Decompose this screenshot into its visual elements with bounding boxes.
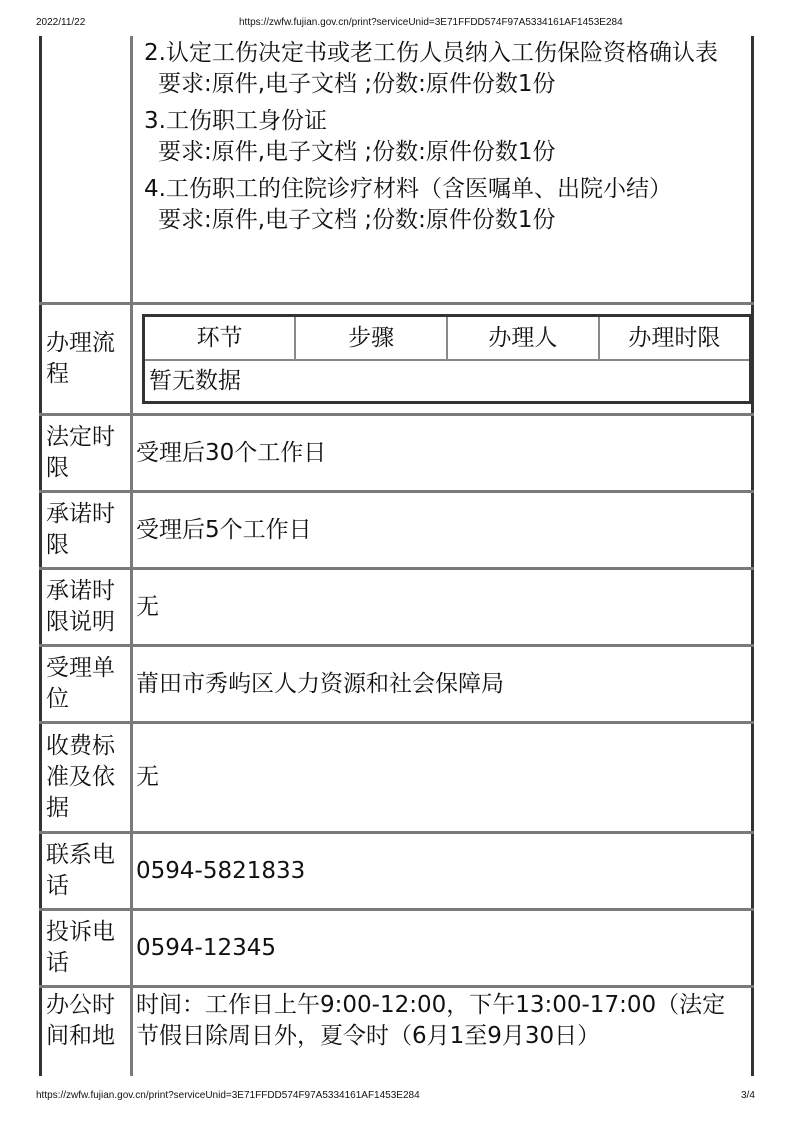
row-value: 0594-5821833: [132, 833, 753, 910]
row-label: 办公时间和地: [41, 987, 132, 1077]
column-header-step: 步骤: [295, 316, 447, 361]
materials-cell: 2.认定工伤决定书或老工伤人员纳入工伤保险资格确认表 要求:原件,电子文档 ;份…: [132, 36, 753, 304]
info-row-complaint-phone: 投诉电话 0594-12345: [41, 910, 753, 987]
row-label: 法定时限: [41, 415, 132, 492]
process-table: 环节 步骤 办理人 办理时限 暂无数据: [142, 314, 752, 404]
row-label: 受理单位: [41, 646, 132, 723]
material-item: 4.工伤职工的住院诊疗材料（含医嘱单、出院小结） 要求:原件,电子文档 ;份数:…: [136, 174, 748, 236]
row-value: 受理后30个工作日: [132, 415, 753, 492]
column-header-handler: 办理人: [447, 316, 599, 361]
row-label: 办理流程: [41, 304, 132, 415]
material-title: 4.工伤职工的住院诊疗材料（含医嘱单、出院小结）: [144, 174, 748, 205]
row-label: 联系电话: [41, 833, 132, 910]
row-label: 收费标准及依据: [41, 723, 132, 833]
process-table-header: 环节 步骤 办理人 办理时限: [144, 316, 751, 361]
service-info-sheet: 2.认定工伤决定书或老工伤人员纳入工伤保险资格确认表 要求:原件,电子文档 ;份…: [39, 36, 754, 1086]
material-requirement: 要求:原件,电子文档 ;份数:原件份数1份: [144, 69, 748, 100]
service-info-table: 2.认定工伤决定书或老工伤人员纳入工伤保险资格确认表 要求:原件,电子文档 ;份…: [39, 36, 754, 1076]
info-row-accepting-unit: 受理单位 莆田市秀屿区人力资源和社会保障局: [41, 646, 753, 723]
info-row-contact-phone: 联系电话 0594-5821833: [41, 833, 753, 910]
row-value: 莆田市秀屿区人力资源和社会保障局: [132, 646, 753, 723]
print-date: 2022/11/22: [36, 17, 85, 28]
material-title: 3.工伤职工身份证: [144, 106, 748, 137]
row-value: 无: [132, 723, 753, 833]
info-row-promised-limit-note: 承诺时限说明 无: [41, 569, 753, 646]
material-title: 2.认定工伤决定书或老工伤人员纳入工伤保险资格确认表: [144, 38, 748, 69]
info-row-legal-limit: 法定时限 受理后30个工作日: [41, 415, 753, 492]
column-header-stage: 环节: [144, 316, 296, 361]
material-requirement: 要求:原件,电子文档 ;份数:原件份数1份: [144, 205, 748, 236]
row-value: 无: [132, 569, 753, 646]
process-empty-row: 暂无数据: [144, 360, 751, 403]
print-footer-url: https://zwfw.fujian.gov.cn/print?service…: [36, 1090, 420, 1101]
material-item: 2.认定工伤决定书或老工伤人员纳入工伤保险资格确认表 要求:原件,电子文档 ;份…: [136, 38, 748, 100]
row-label: 投诉电话: [41, 910, 132, 987]
print-header-url: https://zwfw.fujian.gov.cn/print?service…: [239, 17, 623, 28]
info-row-office-hours: 办公时间和地 时间：工作日上午9:00-12:00，下午13:00-17:00（…: [41, 987, 753, 1077]
row-value: 受理后5个工作日: [132, 492, 753, 569]
process-row: 办理流程 环节 步骤 办理人 办理时限 暂无数据: [41, 304, 753, 415]
empty-state-text: 暂无数据: [144, 360, 751, 403]
row-label: 承诺时限: [41, 492, 132, 569]
page-number: 3/4: [741, 1090, 755, 1101]
row-label: 承诺时限说明: [41, 569, 132, 646]
info-row-promised-limit: 承诺时限 受理后5个工作日: [41, 492, 753, 569]
row-value: 0594-12345: [132, 910, 753, 987]
row-value: 时间：工作日上午9:00-12:00，下午13:00-17:00（法定节假日除周…: [132, 987, 753, 1077]
process-cell: 环节 步骤 办理人 办理时限 暂无数据: [132, 304, 753, 415]
materials-row: 2.认定工伤决定书或老工伤人员纳入工伤保险资格确认表 要求:原件,电子文档 ;份…: [41, 36, 753, 304]
material-requirement: 要求:原件,电子文档 ;份数:原件份数1份: [144, 137, 748, 168]
material-item: 3.工伤职工身份证 要求:原件,电子文档 ;份数:原件份数1份: [136, 106, 748, 168]
materials-label-cell: [41, 36, 132, 304]
column-header-time-limit: 办理时限: [599, 316, 751, 361]
info-row-fee-standard: 收费标准及依据 无: [41, 723, 753, 833]
